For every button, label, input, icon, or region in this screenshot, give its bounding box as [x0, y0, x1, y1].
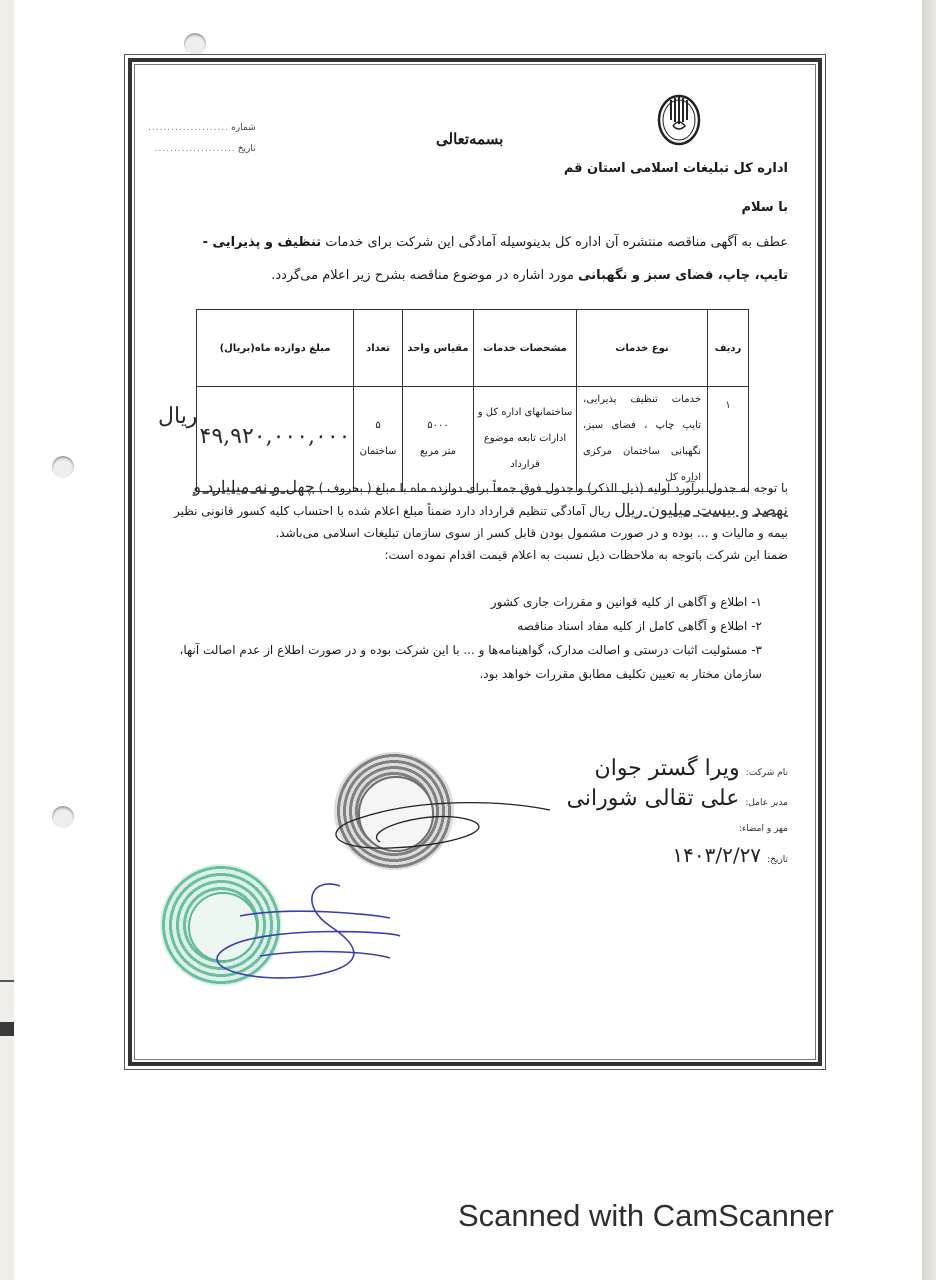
body-conditions-intro: ضمنا این شرکت باتوجه به ملاحظات ذیل نسبت…: [168, 544, 788, 566]
scan-left-edge: [0, 0, 14, 1280]
col-header-unit: مقیاس واحد: [403, 310, 474, 387]
date-row: تاریخ: ۱۴۰۳/۲/۲۷: [567, 842, 788, 873]
count-label: ساختمان: [355, 439, 401, 465]
letter-number-field: .....................: [148, 118, 229, 139]
letter-number-row: شماره .....................: [148, 118, 256, 139]
letter-meta: شماره ..................... تاریخ ......…: [148, 118, 256, 160]
punch-hole: [52, 456, 74, 478]
scanner-watermark: Scanned with CamScanner: [458, 1198, 834, 1234]
punch-hole: [184, 33, 206, 55]
organization-logo-icon: [656, 92, 702, 146]
ceo-row: مدیر عامل: علی تقالی شورانی: [567, 786, 788, 816]
list-item: ۳- مسئولیت اثبات درستی و اصالت مدارک، گو…: [168, 638, 788, 686]
company-name-handwritten: ویرا گستر جوان: [595, 756, 740, 782]
handwritten-currency: ریال: [158, 404, 197, 429]
scan-edge-mark: [0, 1022, 14, 1036]
unit-label: متر مربع: [404, 439, 472, 465]
blue-signature-icon: [190, 876, 410, 986]
unit-quantity: ۵۰۰۰: [404, 413, 472, 439]
signature-block: نام شرکت: ویرا گستر جوان مدیر عامل: علی …: [567, 756, 788, 873]
sign-date-handwritten: ۱۴۰۳/۲/۲۷: [672, 842, 761, 868]
greeting: با سلام: [742, 200, 788, 215]
ceo-name-handwritten: علی تقالی شورانی: [567, 786, 740, 812]
company-label: نام شرکت:: [746, 760, 788, 786]
table-header-row: ردیف نوع خدمات مشخصات خدمات مقیاس واحد ت…: [197, 310, 749, 387]
conditions-list: ۱- اطلاع و آگاهی از کلیه قوانین و مقررات…: [168, 590, 788, 686]
handwritten-amount: ۴۹,۹۲۰,۰۰۰,۰۰۰: [200, 424, 351, 449]
letter-date-field: .....................: [155, 139, 236, 160]
company-row: نام شرکت: ویرا گستر جوان: [567, 756, 788, 786]
body-text: با توجه به جدول برآورد اولیه (ذیل الذکر)…: [315, 481, 788, 495]
col-header-service-type: نوع خدمات: [577, 310, 708, 387]
ceo-label: مدیر عامل:: [745, 790, 788, 816]
letter-number-label: شماره: [231, 118, 256, 139]
signature-icon: [300, 790, 560, 860]
intro-text: عطف به آگهی مناقصه منتشره آن اداره کل بد…: [321, 235, 788, 250]
list-item: ۱- اطلاع و آگاهی از کلیه قوانین و مقررات…: [168, 590, 788, 614]
services-table: ردیف نوع خدمات مشخصات خدمات مقیاس واحد ت…: [196, 309, 749, 492]
body-paragraph: با توجه به جدول برآورد اولیه (ذیل الذکر)…: [168, 476, 788, 566]
col-header-amount: مبلغ دوازده ماه(بریال): [197, 310, 354, 387]
scan-edge-mark: [0, 980, 14, 982]
punch-hole: [52, 806, 74, 828]
col-header-count: تعداد: [354, 310, 403, 387]
seal-label: مهر و امضاء:: [739, 816, 788, 842]
count-quantity: ۵: [355, 413, 401, 439]
letter-date-label: تاریخ: [238, 139, 256, 160]
organization-name: اداره کل تبلیغات اسلامی استان قم: [564, 161, 788, 176]
col-header-service-spec: مشخصات خدمات: [474, 310, 577, 387]
seal-row: مهر و امضاء:: [567, 816, 788, 842]
intro-text-end: مورد اشاره در موضوع مناقصه بشرح زیر اعلا…: [271, 268, 578, 283]
invocation-heading: بسمه‌تعالی: [436, 130, 503, 148]
col-header-row-no: ردیف: [708, 310, 749, 387]
list-item: ۲- اطلاع و آگاهی کامل از کلیه مفاد اسناد…: [168, 614, 788, 638]
letter-date-row: تاریخ .....................: [148, 139, 256, 160]
intro-paragraph: عطف به آگهی مناقصه منتشره آن اداره کل بد…: [168, 226, 788, 292]
sign-date-label: تاریخ:: [767, 847, 788, 873]
scan-right-edge: [922, 0, 936, 1280]
